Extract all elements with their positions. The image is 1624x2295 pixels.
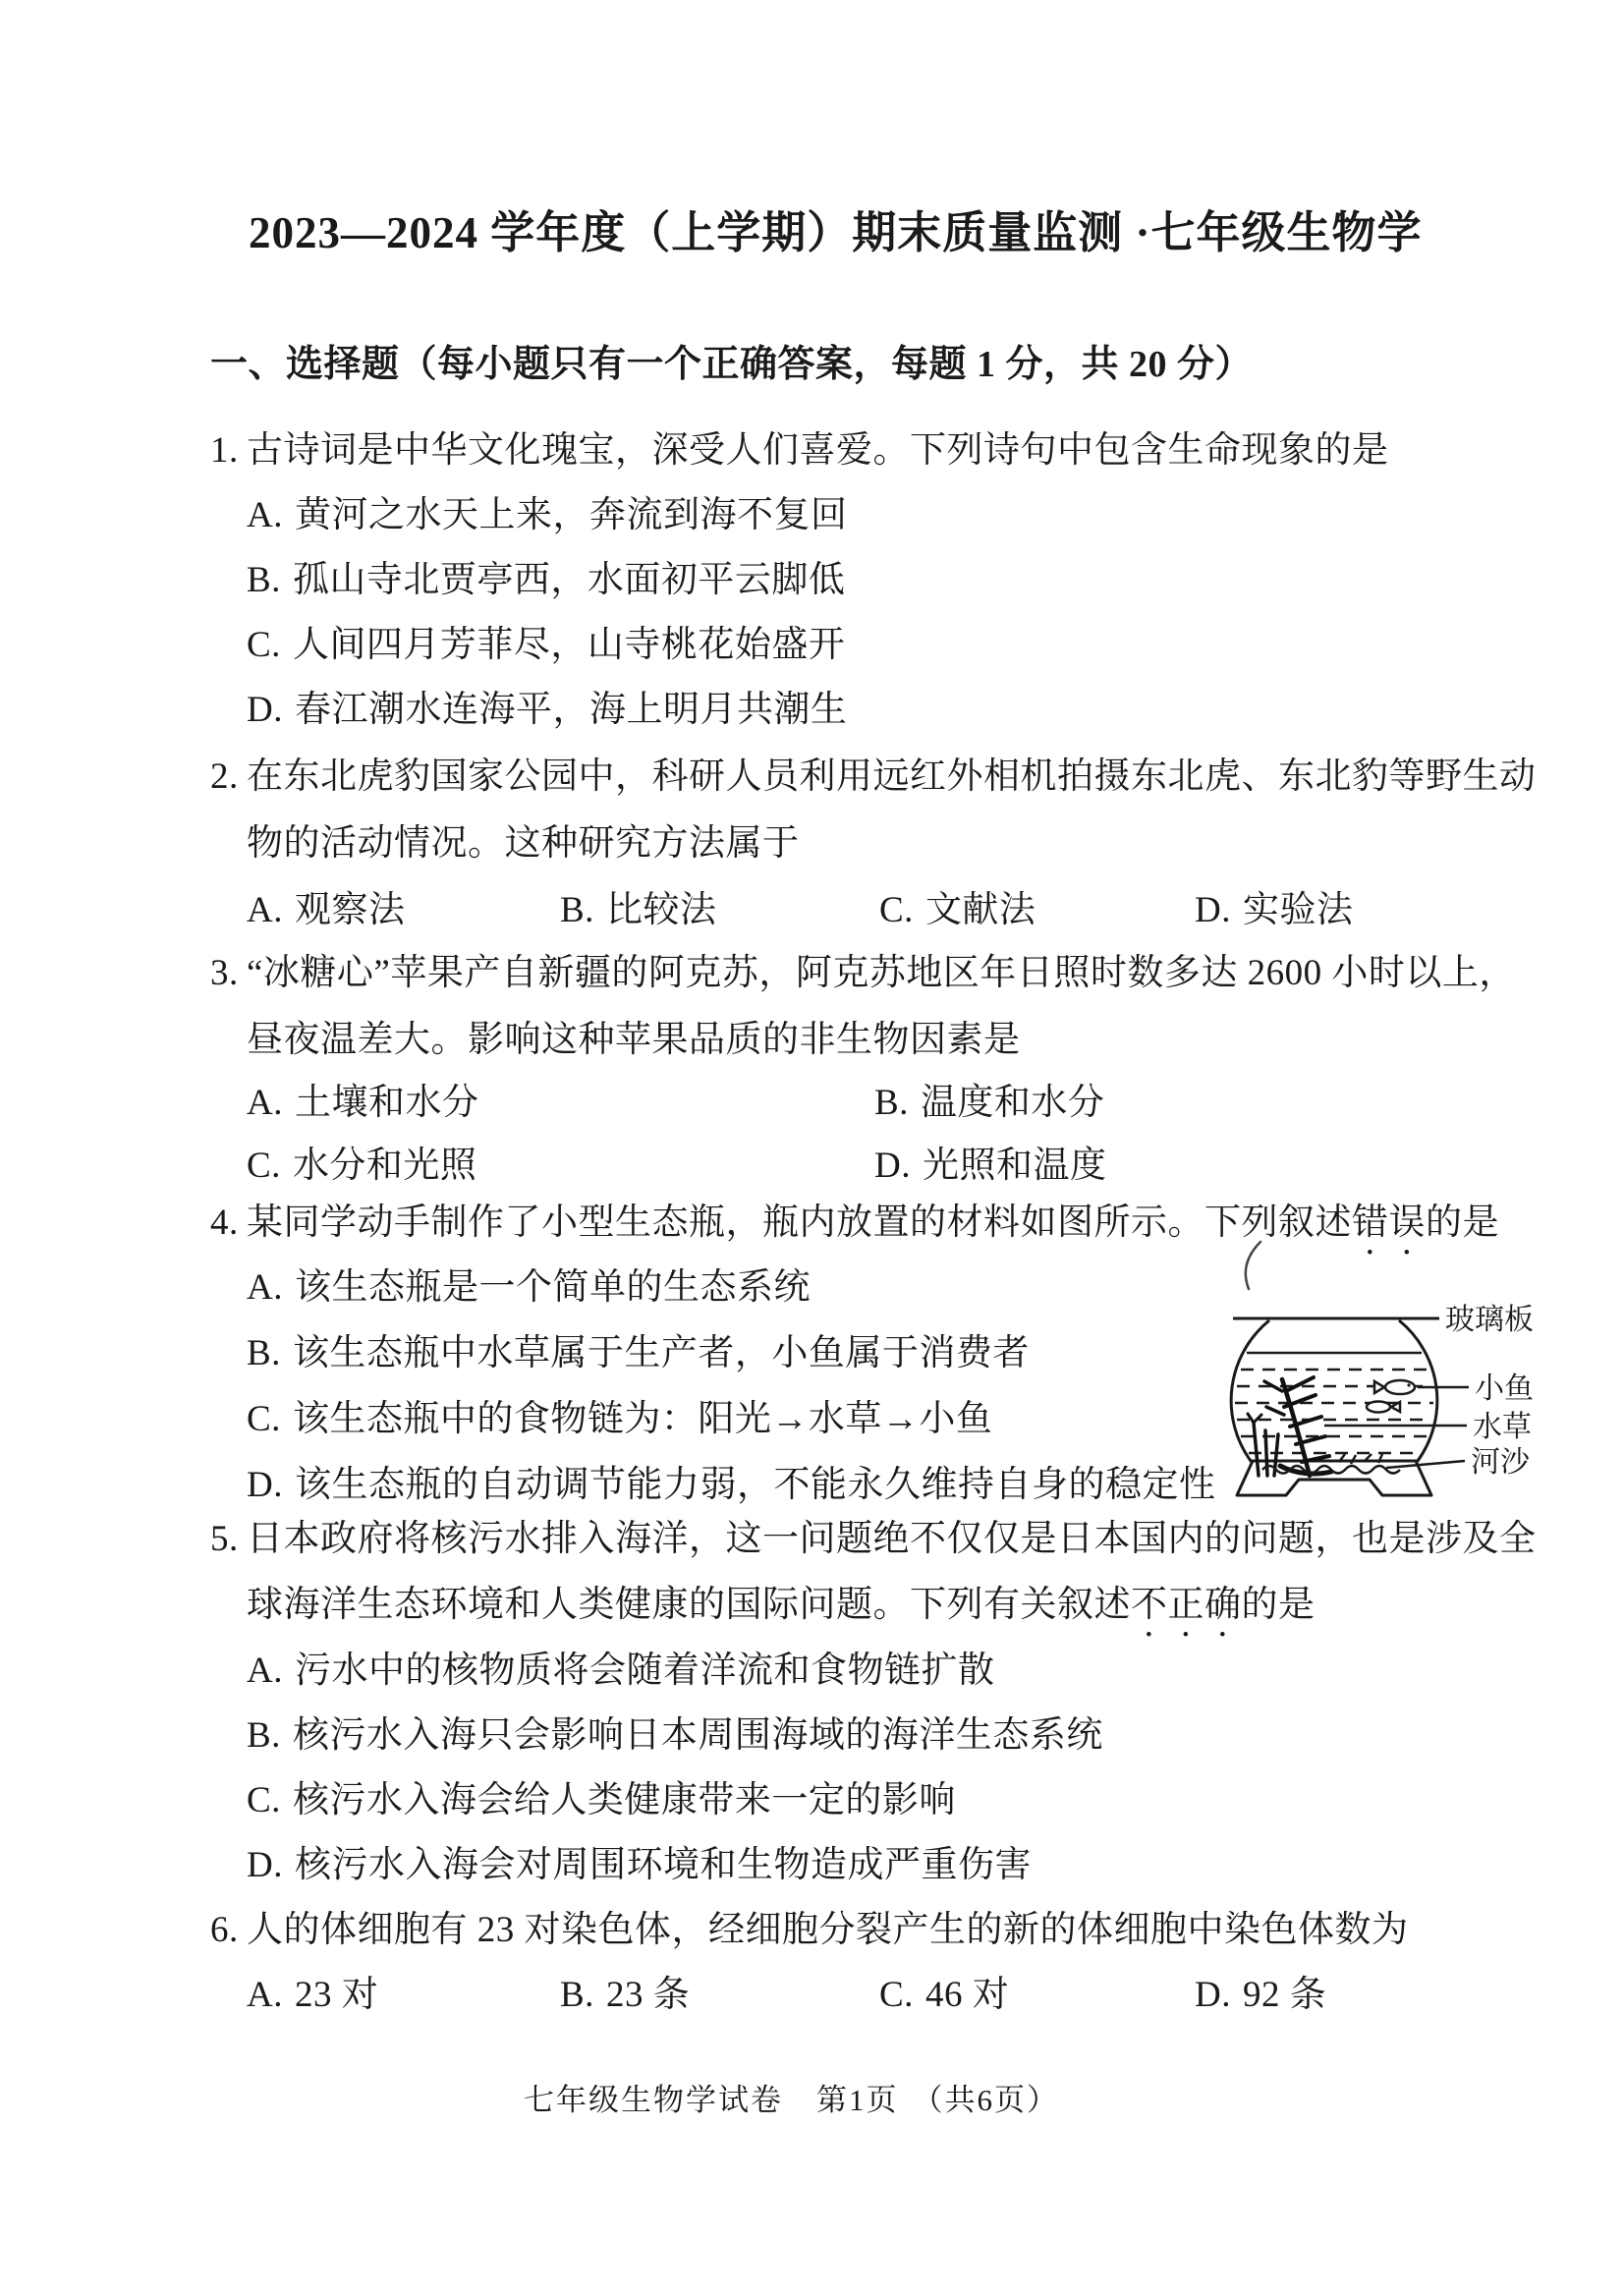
leader-lines — [1324, 1387, 1469, 1468]
option-text: 23 条 — [606, 1975, 690, 2015]
option-label: D. — [1195, 890, 1231, 932]
question-2-stem-line1: 2.在东北虎豹国家公园中，科研人员利用远红外相机拍摄东北虎、东北豹等野生动 — [210, 756, 1537, 799]
option-text: 水分和光照 — [293, 1146, 477, 1186]
question-5-stem-line1: 5.日本政府将核污水排入海洋，这一问题绝不仅仅是日本国内的问题，也是涉及全 — [210, 1519, 1537, 1561]
option-text: 核污水入海只会影响日本周围海域的海洋生态系统 — [293, 1715, 1103, 1756]
question-2-stem-text: 在东北虎豹国家公园中，科研人员利用远红外相机拍摄东北虎、东北豹等野生动 — [247, 756, 1537, 797]
option-label: A. — [247, 1975, 283, 2017]
option-text: 该生态瓶中的食物链为：阳光→水草→小鱼 — [293, 1399, 993, 1439]
question-5-option-a: A.污水中的核物质将会随着洋流和食物链扩散 — [247, 1651, 994, 1693]
option-label: C. — [879, 890, 914, 932]
question-4-option-b: B.该生态瓶中水草属于生产者，小鱼属于消费者 — [247, 1333, 1030, 1375]
option-text: 土壤和水分 — [295, 1083, 479, 1123]
option-text: 黄河之水天上来，奔流到海不复回 — [295, 495, 848, 535]
option-text: 文献法 — [925, 890, 1036, 930]
option-text: 核污水入海会对周围环境和生物造成严重伤害 — [295, 1845, 1032, 1885]
option-label: D. — [247, 690, 283, 732]
question-2-option-d: D.实验法 — [1195, 890, 1353, 932]
question-1-stem: 1.古诗词是中华文化瑰宝，深受人们喜爱。下列诗句中包含生命现象的是 — [210, 430, 1389, 473]
figure-eco-bottle: 玻璃板 小鱼 水草 河沙 — [1221, 1234, 1624, 1529]
question-4-number: 4. — [210, 1203, 247, 1245]
question-2-option-b: B.比较法 — [560, 890, 716, 932]
question-6-option-d: D.92 条 — [1195, 1975, 1326, 2017]
question-2-option-c: C.文献法 — [879, 890, 1036, 932]
option-text: 比较法 — [606, 890, 717, 930]
option-label: B. — [247, 1715, 281, 1758]
option-label: A. — [247, 1651, 283, 1693]
option-label: C. — [879, 1975, 914, 2017]
handwritten-mark-icon — [1246, 1242, 1260, 1289]
option-label: A. — [247, 1267, 283, 1310]
option-label: D. — [1195, 1975, 1231, 2017]
exam-paper-page: 2023—2024 学年度（上学期）期末质量监测 ·七年级生物学 一、选择题（每… — [0, 0, 1624, 2295]
option-label: B. — [247, 1333, 281, 1375]
option-text: 该生态瓶中水草属于生产者，小鱼属于消费者 — [293, 1333, 1030, 1373]
question-6-stem: 6.人的体细胞有 23 对染色体，经细胞分裂产生的新的体细胞中染色体数为 — [210, 1910, 1409, 1952]
question-3-stem-text: “冰糖心”苹果产自新疆的阿克苏，阿克苏地区年日照时数多达 2600 小时以上， — [247, 953, 1516, 993]
figure-label-glass-plate: 玻璃板 — [1445, 1304, 1534, 1336]
question-1-number: 1. — [210, 430, 247, 473]
question-2-option-a: A.观察法 — [247, 890, 405, 932]
figure-label-water-plant: 水草 — [1473, 1411, 1532, 1443]
footer-page-number: 第1页 — [816, 2083, 899, 2117]
option-label: B. — [560, 890, 594, 932]
option-label: A. — [247, 1083, 283, 1125]
question-3-stem-line1: 3.“冰糖心”苹果产自新疆的阿克苏，阿克苏地区年日照时数多达 2600 小时以上… — [210, 953, 1516, 995]
fish-icon — [1367, 1380, 1415, 1413]
question-5-option-c: C.核污水入海会给人类健康带来一定的影响 — [247, 1780, 956, 1822]
option-text: 温度和水分 — [921, 1083, 1105, 1123]
question-4-option-d: D.该生态瓶的自动调节能力弱，不能永久维持自身的稳定性 — [247, 1465, 1215, 1507]
question-5-option-b: B.核污水入海只会影响日本周围海域的海洋生态系统 — [247, 1715, 1103, 1758]
question-6-number: 6. — [210, 1910, 247, 1952]
question-3-option-a: A.土壤和水分 — [247, 1083, 478, 1125]
question-3-number: 3. — [210, 953, 247, 995]
option-text: 污水中的核物质将会随着洋流和食物链扩散 — [295, 1651, 995, 1691]
section-heading: 一、选择题（每小题只有一个正确答案，每题 1 分，共 20 分） — [210, 344, 1253, 387]
option-text: 46 对 — [925, 1975, 1009, 2015]
question-4-option-a: A.该生态瓶是一个简单的生态系统 — [247, 1267, 811, 1310]
question-6-stem-text: 人的体细胞有 23 对染色体，经细胞分裂产生的新的体细胞中染色体数为 — [247, 1910, 1409, 1950]
question-5-stem-line2-pre: 球海洋生态环境和人类健康的国际问题。下列有关叙述 — [247, 1585, 1131, 1625]
question-5-option-d: D.核污水入海会对周围环境和生物造成严重伤害 — [247, 1845, 1032, 1887]
question-2-number: 2. — [210, 756, 247, 799]
exam-title: 2023—2024 学年度（上学期）期末质量监测 ·七年级生物学 — [249, 208, 1423, 259]
option-text: 该生态瓶是一个简单的生态系统 — [295, 1267, 811, 1308]
option-label: A. — [247, 890, 283, 932]
option-label: C. — [247, 625, 281, 667]
option-text: 核污水入海会给人类健康带来一定的影响 — [293, 1780, 956, 1820]
option-text: 春江潮水连海平，海上明月共潮生 — [295, 690, 848, 730]
option-text: 实验法 — [1243, 890, 1354, 930]
option-label: B. — [247, 560, 281, 602]
option-text: 该生态瓶的自动调节能力弱，不能永久维持自身的稳定性 — [295, 1465, 1216, 1505]
question-4-option-c: C.该生态瓶中的食物链为：阳光→水草→小鱼 — [247, 1399, 992, 1441]
question-6-option-b: B.23 条 — [560, 1975, 690, 2017]
option-text: 光照和温度 — [923, 1146, 1107, 1186]
option-label: B. — [874, 1083, 909, 1125]
option-label: D. — [874, 1146, 911, 1188]
question-5-stem-emphasis: 不正确 — [1131, 1585, 1242, 1625]
question-5-stem-text: 日本政府将核污水排入海洋，这一问题绝不仅仅是日本国内的问题，也是涉及全 — [247, 1519, 1537, 1559]
option-label: D. — [247, 1845, 283, 1887]
option-text: 23 对 — [295, 1975, 378, 2015]
question-6-option-c: C.46 对 — [879, 1975, 1009, 2017]
question-1-option-b: B.孤山寺北贾亭西，水面初平云脚低 — [247, 560, 845, 602]
river-sand-icon — [1262, 1454, 1400, 1474]
question-4-stem-pre: 某同学动手制作了小型生态瓶，瓶内放置的材料如图所示。下列叙述 — [247, 1203, 1352, 1243]
option-text: 孤山寺北贾亭西，水面初平云脚低 — [293, 560, 846, 600]
option-label: D. — [247, 1465, 283, 1507]
option-text: 观察法 — [295, 890, 406, 930]
question-6-option-a: A.23 对 — [247, 1975, 378, 2017]
question-3-option-d: D.光照和温度 — [874, 1146, 1106, 1188]
option-label: C. — [247, 1399, 281, 1441]
footer-doc-name: 七年级生物学试卷 — [524, 2083, 783, 2117]
question-5-stem-line2: 球海洋生态环境和人类健康的国际问题。下列有关叙述不正确的是 — [247, 1585, 1316, 1646]
page-footer: 七年级生物学试卷第1页（共6页） — [524, 2083, 1059, 2118]
question-3-option-c: C.水分和光照 — [247, 1146, 476, 1188]
question-5-stem-line2-post: 的是 — [1242, 1585, 1316, 1625]
figure-label-fish: 小鱼 — [1475, 1372, 1534, 1405]
question-1-stem-text: 古诗词是中华文化瑰宝，深受人们喜爱。下列诗句中包含生命现象的是 — [247, 430, 1389, 471]
question-3-stem-line2: 昼夜温差大。影响这种苹果品质的非生物因素是 — [247, 1020, 1021, 1062]
question-1-option-c: C.人间四月芳菲尽，山寺桃花始盛开 — [247, 625, 845, 667]
option-text: 92 条 — [1243, 1975, 1326, 2015]
question-5-number: 5. — [210, 1519, 247, 1561]
question-2-stem-line2: 物的活动情况。这种研究方法属于 — [247, 823, 800, 866]
question-3-option-b: B.温度和水分 — [874, 1083, 1104, 1125]
option-text: 人间四月芳菲尽，山寺桃花始盛开 — [293, 625, 846, 665]
question-1-option-a: A.黄河之水天上来，奔流到海不复回 — [247, 495, 847, 537]
option-label: A. — [247, 495, 283, 537]
question-1-option-d: D.春江潮水连海平，海上明月共潮生 — [247, 690, 847, 732]
figure-label-river-sand: 河沙 — [1471, 1446, 1531, 1479]
option-label: C. — [247, 1146, 281, 1188]
option-label: B. — [560, 1975, 594, 2017]
option-label: C. — [247, 1780, 281, 1822]
eco-bottle-diagram: 玻璃板 小鱼 水草 河沙 — [1221, 1234, 1624, 1529]
footer-page-total: （共6页） — [913, 2083, 1060, 2117]
